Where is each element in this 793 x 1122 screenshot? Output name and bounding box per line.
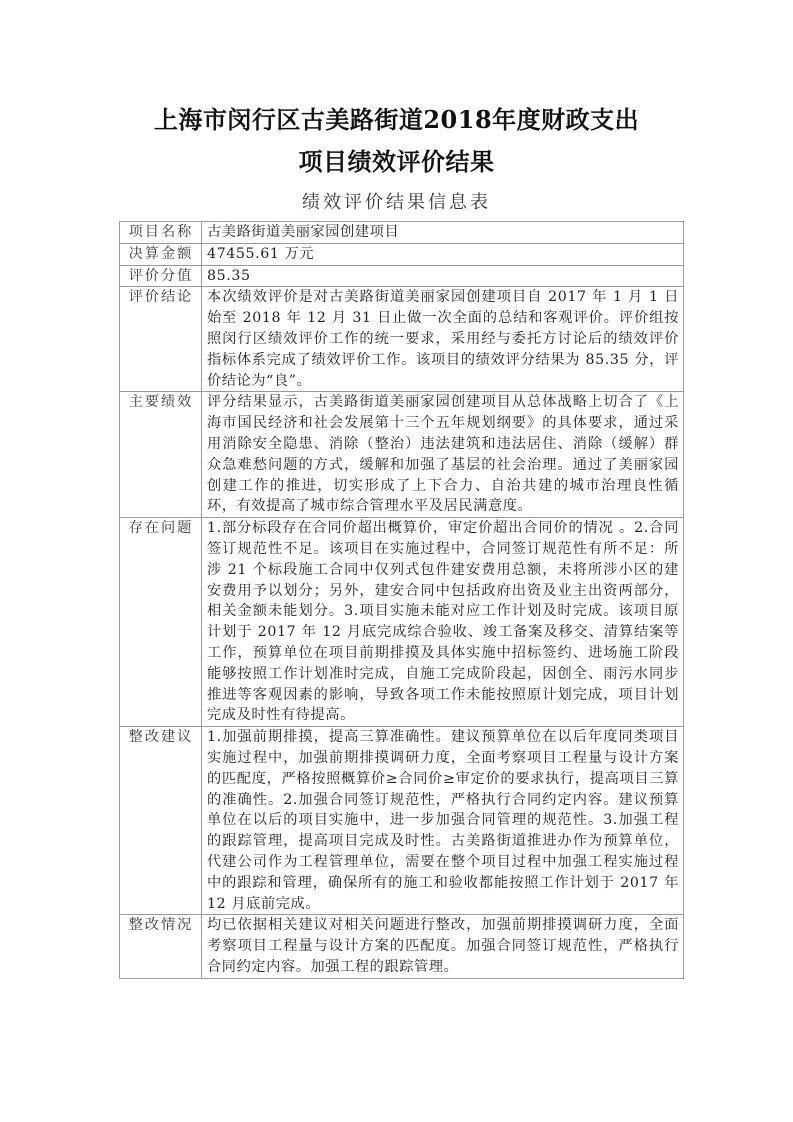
rectification-status-value: 均已依据相关建议对相关问题进行整改，加强前期排摸调研力度，全面考察项目工程量与设… [202,915,684,978]
table-row-main-performance: 主要绩效 评分结果显示，古美路街道美丽家园创建项目从总体战略上切合了《上海市国民… [120,392,684,518]
row-label: 存在问题 [120,518,202,727]
table-row-project-name: 项目名称 古美路街道美丽家园创建项目 [120,222,684,244]
document-title-line1: 上海市闵行区古美路街道2018年度财政支出 [0,100,793,135]
rectification-suggestions-value: 1.加强前期排摸，提高三算准确性。建议预算单位在以后年度同类项目实施过程中，加强… [202,727,684,915]
row-label: 评价分值 [120,265,202,287]
project-name-value: 古美路街道美丽家园创建项目 [202,222,684,244]
existing-problems-value: 1.部分标段存在合同价超出概算价，审定价超出合同价的情况 。2.合同签订规范性不… [202,518,684,727]
final-amount-value: 47455.61 万元 [202,243,684,265]
row-label: 项目名称 [120,222,202,244]
evaluation-result-table: 项目名称 古美路街道美丽家园创建项目 决算金额 47455.61 万元 评价分值… [119,221,684,979]
table-row-final-amount: 决算金额 47455.61 万元 [120,243,684,265]
conclusion-value: 本次绩效评价是对古美路街道美丽家园创建项目自 2017 年 1 月 1 日始至 … [202,287,684,392]
row-label: 评价结论 [120,287,202,392]
row-label: 整改情况 [120,915,202,978]
row-label: 主要绩效 [120,392,202,518]
score-value: 85.35 [202,265,684,287]
table-caption: 绩效评价结果信息表 [0,188,793,214]
row-label: 整改建议 [120,727,202,915]
table-row-score: 评价分值 85.35 [120,265,684,287]
table-row-existing-problems: 存在问题 1.部分标段存在合同价超出概算价，审定价超出合同价的情况 。2.合同签… [120,518,684,727]
table-row-rectification-suggestions: 整改建议 1.加强前期排摸，提高三算准确性。建议预算单位在以后年度同类项目实施过… [120,727,684,915]
table-row-rectification-status: 整改情况 均已依据相关建议对相关问题进行整改，加强前期排摸调研力度，全面考察项目… [120,915,684,978]
main-performance-value: 评分结果显示，古美路街道美丽家园创建项目从总体战略上切合了《上海市国民经济和社会… [202,392,684,518]
table-row-conclusion: 评价结论 本次绩效评价是对古美路街道美丽家园创建项目自 2017 年 1 月 1… [120,287,684,392]
document-title-line2: 项目绩效评价结果 [0,142,793,177]
row-label: 决算金额 [120,243,202,265]
